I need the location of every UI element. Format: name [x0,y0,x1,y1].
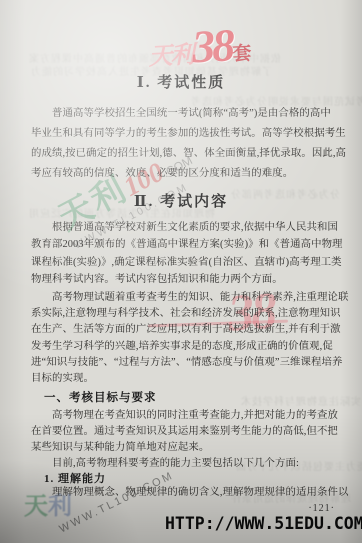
section-heading-exam-nature: Ⅰ. 考试性质 [0,71,362,92]
paragraph-comprehension: 理解物理概念、物理规律的确切含义,理解物理规律的适用条件以 [31,485,337,501]
text-line: 进“知识与技能”、“过程与方法”、“情感态度与价值观”三维课程培养 [31,355,337,371]
text-line: 普通高等学校招生全国统一考试(简称“高考”)是由合格的高中 [31,104,337,124]
text-line: 发考生学习科学的兴趣,培养实事求是的态度,形成正确的价值观,促 [31,339,337,355]
text-line: 课程标准(实验)》,确定课程标准实验省(自治区、直辖市)高考理工类 [31,254,337,271]
paragraph-ability-focus: 高考物理在考查知识的同时注重考查能力,并把对能力的考查放 在首要位置。通过考查知… [31,408,337,457]
footer-site-url: HTTP://WWW.51EDU.COM [165,514,362,533]
text-line: 系实际,注意物理与科学技术、社会和经济发展的联系,注意物理知识 [31,306,337,322]
scanned-exam-syllabus-page: 依据中华人民共和国教育部颁布的普通高中课程方案 了解物理学基础知识考查考生进入高… [0,0,362,543]
paragraph-exam-emphasis: 高考物理试题着重考查考生的知识、能力和科学素养,注重理论联 系实际,注意物理与科… [31,290,337,387]
text-line: 物理科考试内容。考试内容包括知识和能力两个方面。 [31,271,337,288]
page-number: ·121· [308,503,335,514]
text-line: 某些知识与某种能力简单地对应起来。 [31,440,337,456]
text-line: 在首要位置。通过考查知识及其运用来鉴别考生能力的高低,但不把 [31,424,337,440]
text-line: 高考物理试题着重考查考生的知识、能力和科学素养,注重理论联 [31,290,337,306]
text-line: 在生产、生活等方面的广泛应用,以有利于高校选拔新生,并有利于激 [31,322,337,338]
text-line: 毕业生和具有同等学力的考生参加的选拔性考试。高等学校根据考生 [31,124,337,144]
text-line: 高考物理在考查知识的同时注重考查能力,并把对能力的考查放 [31,408,337,424]
paragraph-content-basis: 根据普通高等学校对新生文化素质的要求,依据中华人民共和国 教育部2003年颁布的… [31,219,337,289]
subsection-heading-comprehension-ability: 1. 理解能力 [44,470,106,486]
text-line: 目标的实现。 [31,371,337,387]
paragraph-exam-nature: 普通高等学校招生全国统一考试(简称“高考”)是由合格的高中 毕业生和具有同等学力… [31,104,337,184]
text-line: 理解物理概念、物理规律的确切含义,理解物理规律的适用条件以 [31,485,337,501]
text-line: 的成绩,按已确定的招生计划,德、智、体全面衡量,择优录取。因此,高 [31,144,337,164]
bleedthrough-text: 注重理论联系实际注意物理与科学技术 [240,393,362,408]
text-line: 教育部2003年颁布的《普通高中课程方案(实验)》和《普通高中物理 [31,236,337,253]
text-line: 考应有较高的信度、效度、必要的区分度和适当的难度。 [31,164,337,184]
section-heading-exam-content: Ⅱ. 考试内容 [0,190,362,211]
text-line: 根据普通高等学校对新生文化素质的要求,依据中华人民共和国 [31,219,337,236]
subsection-heading-assessment-goals: 一、考核目标与要求 [44,389,157,405]
